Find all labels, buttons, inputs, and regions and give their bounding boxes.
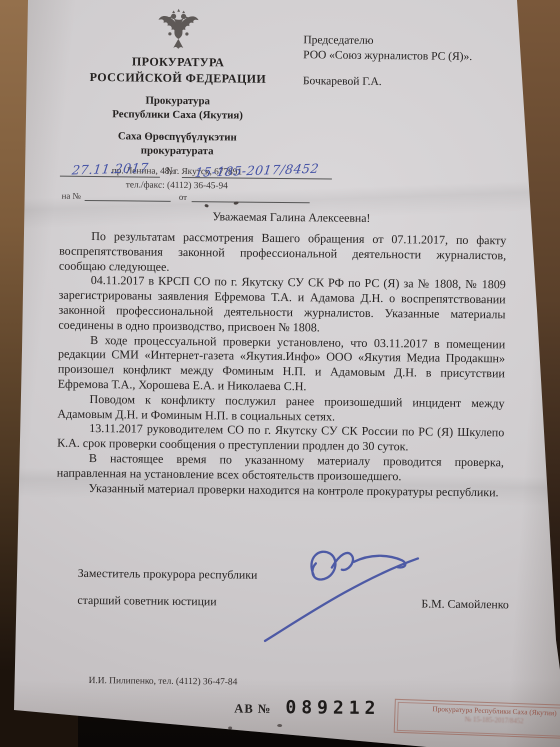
signer-position-line2: старший советник юстиции (77, 593, 216, 609)
paragraph: По результатам рассмотрения Вашего обращ… (59, 229, 506, 278)
coat-of-arms-icon (155, 7, 201, 53)
signer-position-line1: Заместитель прокурора республики (78, 566, 258, 583)
letter-content: ПРОКУРАТУРА РОССИЙСКОЙ ФЕДЕРАЦИИ Прокура… (0, 0, 560, 747)
ink-speck (277, 724, 282, 727)
org-sub-line2: Республики Саха (Якутия) (58, 107, 296, 124)
na-blank-line (85, 191, 171, 202)
org-name-line2: РОССИЙСКОЙ ФЕДЕРАЦИИ (59, 69, 297, 87)
number-sign: № (166, 166, 176, 177)
paragraph: 04.11.2017 в КРСП СО по г. Якутску СУ СК… (58, 273, 506, 337)
ot-label: от (179, 192, 187, 202)
handwritten-date: 27.11.2017 (71, 160, 149, 178)
org-sakha-line2: прокуратурата (58, 143, 296, 160)
signature-ink (235, 545, 441, 647)
paragraph: В ходе процессуальной проверки установле… (58, 332, 506, 396)
registration-stamp: Прокуратура Республики Саха (Якутия) № 1… (394, 699, 560, 740)
na-label: на № (62, 191, 81, 201)
ink-speck (233, 201, 239, 205)
paragraph: В настоящее время по указанному материал… (57, 451, 504, 485)
number-slot: 15-185-2017/8452 (181, 162, 331, 180)
form-number-block: АВ № 089212 (234, 697, 380, 720)
date-slot: 27.11.2017 (60, 161, 160, 178)
ink-speck (228, 726, 232, 729)
salutation: Уважаемая Галина Алексеевна! (81, 208, 501, 227)
addressee-block: Председателю РОО «Союз журналистов РС (Я… (303, 33, 524, 92)
form-series-label: АВ № (234, 702, 271, 717)
executor-contact: И.И. Пилипенко, тел. (4112) 36-47-84 (89, 676, 238, 688)
ot-blank-line (192, 192, 310, 203)
incoming-reference-line: на № от (62, 191, 310, 204)
reference-line: 27.11.2017 № 15-185-2017/8452 (60, 161, 360, 180)
registration-stamp-frame: Прокуратура Республики Саха (Якутия) № 1… (396, 701, 560, 737)
document-photo: ПРОКУРАТУРА РОССИЙСКОЙ ФЕДЕРАЦИИ Прокура… (0, 0, 560, 747)
addressee-name: Бочкаревой Г.А. (303, 75, 523, 92)
handwritten-number: 15-185-2017/8452 (194, 161, 320, 180)
letter-body: По результатам рассмотрения Вашего обращ… (57, 229, 507, 500)
ink-speck (204, 204, 209, 208)
addressee-org: РОО «Союз журналистов РС (Я)». (303, 48, 523, 65)
paragraph: 13.11.2017 руководителем СО по г. Якутск… (57, 421, 504, 455)
paragraph: Поводом к конфликту послужил ранее произ… (57, 391, 504, 425)
form-number-digits: 089212 (285, 697, 380, 719)
